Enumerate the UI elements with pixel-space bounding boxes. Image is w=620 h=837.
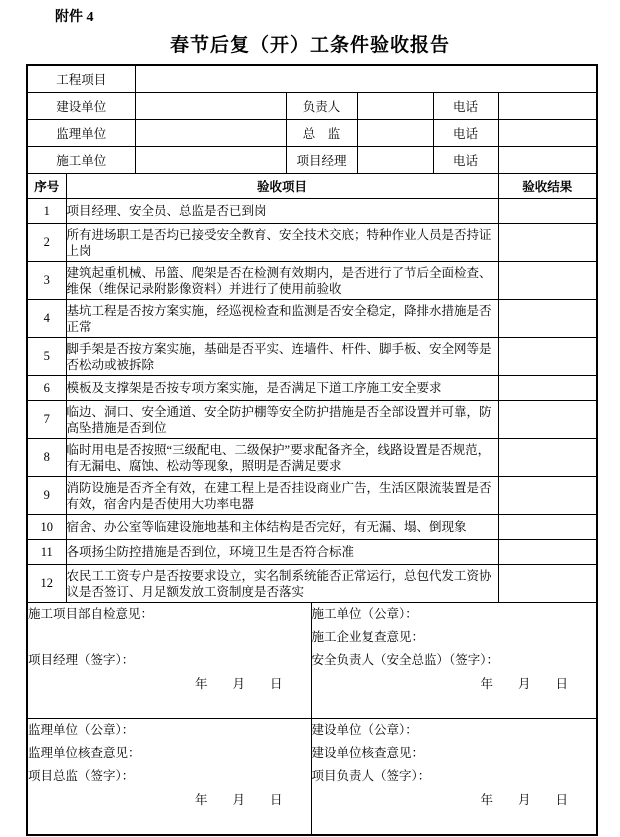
supervision-unit-row: 监理单位 总 监 电话: [27, 120, 597, 147]
supervision-verify-block: 监理单位（公章）： 监理单位核查意见： 项目总监（签字）： 年 月 日: [27, 719, 311, 836]
supervision-phone-label: 电话: [433, 120, 498, 147]
supervision-date-line: 年 月 日: [28, 789, 311, 812]
row-no: 5: [27, 338, 66, 376]
header-result: 验收结果: [498, 174, 597, 199]
row-result-cell: [498, 401, 597, 439]
checklist-row-4: 4 基坑工程是否按方案实施，经巡视检查和监测是否安全稳定，降排水措施是否正常: [27, 300, 597, 338]
project-manager-sign-label: 项目经理（签字）：: [28, 649, 311, 672]
row-no: 7: [27, 401, 66, 439]
supervision-seal-label: 监理单位（公章）：: [28, 719, 311, 742]
owner-verify-block: 建设单位（公章）： 建设单位核查意见： 项目负责人（签字）： 年 月 日: [311, 719, 597, 836]
row-result-cell: [498, 199, 597, 224]
selfcheck-spacer: [28, 626, 311, 649]
chief-supervisor-value-cell: [357, 120, 433, 147]
row-no: 2: [27, 224, 66, 262]
row-no: 1: [27, 199, 66, 224]
checklist-row-9: 9 消防设施是否齐全有效，在建工程上是否挂设商业广告，生活区限流装置是否有效，宿…: [27, 477, 597, 515]
signature-row-top: 施工项目部自检意见： 项目经理（签字）： 年 月 日 施工单位（公章）： 施工企…: [27, 603, 597, 719]
row-result-cell: [498, 338, 597, 376]
project-label: 工程项目: [27, 65, 135, 93]
row-item: 所有进场职工是否均已接受安全教育、安全技术交底；特种作业人员是否持证上岗: [66, 224, 498, 262]
contractor-unit-row: 施工单位 项目经理 电话: [27, 147, 597, 174]
document-page: 附件 4 春节后复（开）工条件验收报告 工程项目 建设单位 负责人 电话 监理单…: [0, 0, 620, 837]
acceptance-report-table: 工程项目 建设单位 负责人 电话 监理单位 总 监 电话 施工单位 项目经理 电…: [26, 64, 598, 836]
construction-owner-row: 建设单位 负责人 电话: [27, 93, 597, 120]
row-item: 基坑工程是否按方案实施，经巡视检查和监测是否安全稳定，降排水措施是否正常: [66, 300, 498, 338]
row-result-cell: [498, 515, 597, 540]
owner-seal-label: 建设单位（公章）：: [312, 719, 597, 742]
row-result-cell: [498, 439, 597, 477]
row-no: 4: [27, 300, 66, 338]
header-no: 序号: [27, 174, 66, 199]
contractor-seal-label: 施工单位（公章）：: [312, 603, 597, 626]
project-manager-label: 项目经理: [286, 147, 357, 174]
row-result-cell: [498, 540, 597, 565]
header-item: 验收项目: [66, 174, 498, 199]
checklist-row-7: 7 临边、洞口、安全通道、安全防护棚等安全防护措施是否全部设置并可靠，防高坠措施…: [27, 401, 597, 439]
row-no: 10: [27, 515, 66, 540]
checklist-row-3: 3 建筑起重机械、吊篮、爬架是否在检测有效期内，是否进行了节后全面检查、维保（维…: [27, 262, 597, 300]
owner-leader-sign-label: 项目负责人（签字）：: [312, 765, 597, 788]
supervision-phone-value-cell: [498, 120, 597, 147]
checklist-row-8: 8 临时用电是否按照“三级配电、二级保护”要求配备齐全，线路设置是否规范，有无漏…: [27, 439, 597, 477]
checklist-row-12: 12 农民工工资专户是否按要求设立，实名制系统能否正常运行，总包代发工资协议是否…: [27, 565, 597, 603]
contractor-unit-label: 施工单位: [27, 147, 135, 174]
project-row: 工程项目: [27, 65, 597, 93]
checklist-row-5: 5 脚手架是否按方案实施，基础是否平实、连墙件、杆件、脚手板、安全网等是否松动或…: [27, 338, 597, 376]
contractor-selfcheck-block: 施工项目部自检意见： 项目经理（签字）： 年 月 日: [27, 603, 311, 719]
selfcheck-opinion-label: 施工项目部自检意见：: [28, 603, 311, 626]
owner-unit-value-cell: [135, 93, 286, 120]
contractor-phone-value-cell: [498, 147, 597, 174]
row-item: 农民工工资专户是否按要求设立，实名制系统能否正常运行，总包代发工资协议是否签订、…: [66, 565, 498, 603]
signature-row-bottom: 监理单位（公章）： 监理单位核查意见： 项目总监（签字）： 年 月 日 建设单位…: [27, 719, 597, 836]
attachment-label: 附件 4: [55, 6, 94, 26]
owner-person-value-cell: [357, 93, 433, 120]
row-result-cell: [498, 477, 597, 515]
row-result-cell: [498, 565, 597, 603]
owner-verify-opinion-label: 建设单位核查意见：: [312, 742, 597, 765]
enterprise-recheck-opinion-label: 施工企业复查意见：: [312, 626, 597, 649]
checklist-row-6: 6 模板及支撑架是否按专项方案实施，是否满足下道工序施工安全要求: [27, 376, 597, 401]
row-result-cell: [498, 224, 597, 262]
page-title: 春节后复（开）工条件验收报告: [0, 30, 620, 57]
checklist-row-2: 2 所有进场职工是否均已接受安全教育、安全技术交底；特种作业人员是否持证上岗: [27, 224, 597, 262]
supervision-unit-value-cell: [135, 120, 286, 147]
row-item: 消防设施是否齐全有效，在建工程上是否挂设商业广告，生活区限流装置是否有效，宿舍内…: [66, 477, 498, 515]
row-item: 各项扬尘防控措施是否到位，环境卫生是否符合标准: [66, 540, 498, 565]
row-no: 8: [27, 439, 66, 477]
contractor-unit-value-cell: [135, 147, 286, 174]
checklist-row-10: 10 宿舍、办公室等临建设施地基和主体结构是否完好，有无漏、塌、倒现象: [27, 515, 597, 540]
row-no: 6: [27, 376, 66, 401]
recheck-date-line: 年 月 日: [312, 673, 597, 696]
row-result-cell: [498, 300, 597, 338]
project-manager-value-cell: [357, 147, 433, 174]
supervision-unit-label: 监理单位: [27, 120, 135, 147]
row-no: 11: [27, 540, 66, 565]
owner-date-line: 年 月 日: [312, 789, 597, 812]
owner-person-label: 负责人: [286, 93, 357, 120]
checklist-header-row: 序号 验收项目 验收结果: [27, 174, 597, 199]
row-item: 宿舍、办公室等临建设施地基和主体结构是否完好，有无漏、塌、倒现象: [66, 515, 498, 540]
selfcheck-date-line: 年 月 日: [28, 673, 311, 696]
row-item: 建筑起重机械、吊篮、爬架是否在检测有效期内，是否进行了节后全面检查、维保（维保记…: [66, 262, 498, 300]
row-result-cell: [498, 262, 597, 300]
chief-supervisor-sign-label: 项目总监（签字）：: [28, 765, 311, 788]
row-item: 临时用电是否按照“三级配电、二级保护”要求配备齐全，线路设置是否规范，有无漏电、…: [66, 439, 498, 477]
row-item: 模板及支撑架是否按专项方案实施，是否满足下道工序施工安全要求: [66, 376, 498, 401]
row-item: 项目经理、安全员、总监是否已到岗: [66, 199, 498, 224]
owner-phone-label: 电话: [433, 93, 498, 120]
row-no: 12: [27, 565, 66, 603]
contractor-recheck-block: 施工单位（公章）： 施工企业复查意见： 安全负责人（安全总监）（签字）： 年 月…: [311, 603, 597, 719]
row-no: 3: [27, 262, 66, 300]
chief-supervisor-label: 总 监: [286, 120, 357, 147]
row-item: 临边、洞口、安全通道、安全防护棚等安全防护措施是否全部设置并可靠，防高坠措施是否…: [66, 401, 498, 439]
row-result-cell: [498, 376, 597, 401]
project-value-cell: [135, 65, 597, 93]
owner-unit-label: 建设单位: [27, 93, 135, 120]
checklist-row-1: 1 项目经理、安全员、总监是否已到岗: [27, 199, 597, 224]
owner-phone-value-cell: [498, 93, 597, 120]
safety-director-sign-label: 安全负责人（安全总监）（签字）：: [312, 649, 597, 672]
supervision-verify-opinion-label: 监理单位核查意见：: [28, 742, 311, 765]
row-item: 脚手架是否按方案实施，基础是否平实、连墙件、杆件、脚手板、安全网等是否松动或被拆…: [66, 338, 498, 376]
contractor-phone-label: 电话: [433, 147, 498, 174]
checklist-row-11: 11 各项扬尘防控措施是否到位，环境卫生是否符合标准: [27, 540, 597, 565]
row-no: 9: [27, 477, 66, 515]
